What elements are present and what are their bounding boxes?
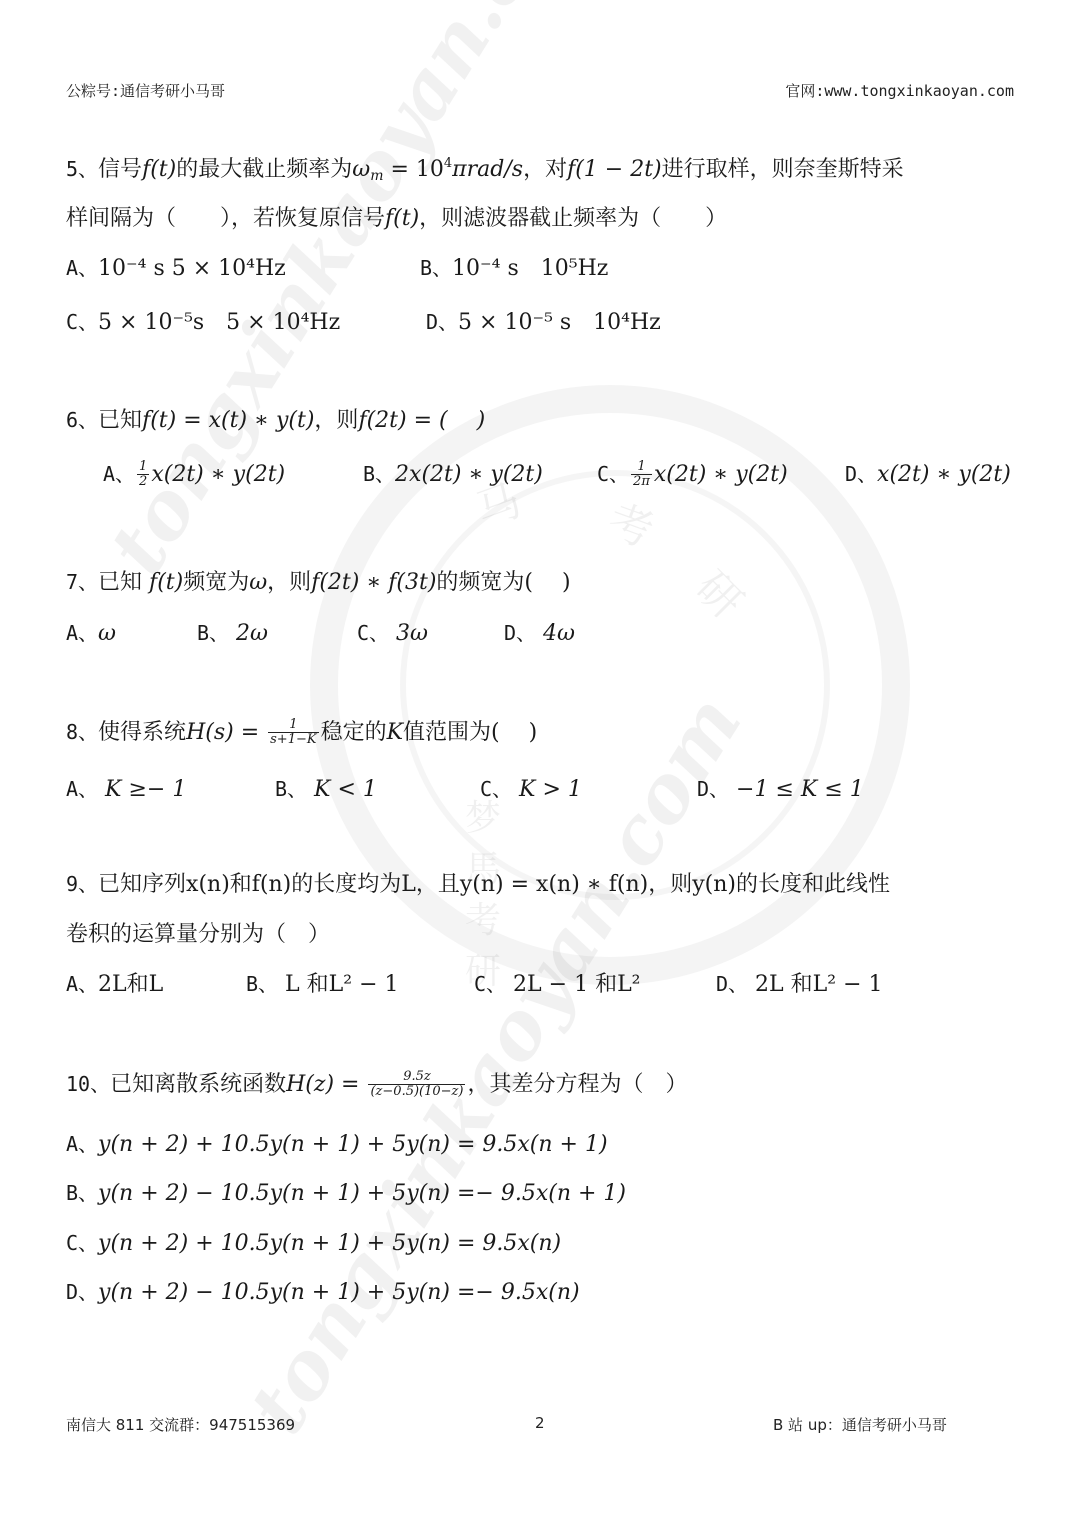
question-8-stem: 8、使得系统H(s) = 1s+1−K稳定的K值范围为( ) bbox=[66, 718, 537, 748]
fraction: 1s+1−K bbox=[268, 718, 318, 748]
fraction: 9.5z(z−0.5)(10−z) bbox=[368, 1070, 465, 1100]
fraction: 12π bbox=[631, 460, 652, 490]
footer-group-number: 南信大 811 交流群：947515369 bbox=[66, 1414, 295, 1435]
question-6-option-b: B、2x(2t) ∗ y(2t) bbox=[363, 462, 543, 488]
question-6-option-d: D、x(2t) ∗ y(2t) bbox=[845, 462, 1011, 488]
question-10-stem: 10、已知离散系统函数H(z) = 9.5z(z−0.5)(10−z)，其差分方… bbox=[66, 1070, 688, 1100]
question-8-option-d: D、 −1 ≤ K ≤ 1 bbox=[697, 777, 864, 803]
header-wechat-account: 公粽号:通信考研小马哥 bbox=[66, 80, 225, 101]
question-10-option-c: C、y(n + 2) + 10.5y(n + 1) + 5y(n) = 9.5x… bbox=[66, 1231, 561, 1257]
watermark-seal-inner-ring bbox=[400, 470, 830, 900]
question-5-stem-line1: 5、信号f(t)的最大截止频率为ωm = 104πrad/s，对f(1 − 2t… bbox=[66, 156, 904, 185]
question-5-option-a: A、10⁻⁴ s 5 × 10⁴Hz bbox=[66, 256, 286, 282]
question-8-option-a: A、 K ≥− 1 bbox=[66, 777, 186, 803]
question-5-option-b: B、10⁻⁴ s 10⁵Hz bbox=[420, 256, 608, 282]
question-5-option-c: C、5 × 10⁻⁵s 5 × 10⁴Hz bbox=[66, 310, 340, 336]
question-9-option-d: D、 2L 和L² − 1 bbox=[716, 972, 883, 998]
question-8-option-c: C、 K > 1 bbox=[480, 777, 582, 803]
question-10-option-d: D、y(n + 2) − 10.5y(n + 1) + 5y(n) =− 9.5… bbox=[66, 1280, 580, 1306]
question-5-stem-line2: 样间隔为（ ），若恢复原信号f(t)，则滤波器截止频率为（ ） bbox=[66, 206, 727, 232]
question-10-option-a: A、y(n + 2) + 10.5y(n + 1) + 5y(n) = 9.5x… bbox=[66, 1132, 608, 1158]
question-7-option-a: A、ω bbox=[66, 621, 116, 647]
question-6-option-c: C、12πx(2t) ∗ y(2t) bbox=[597, 460, 788, 490]
question-9-option-c: C、 2L − 1 和L² bbox=[474, 972, 641, 998]
page-number: 2 bbox=[535, 1414, 545, 1432]
header-website: 官网:www.tongxinkaoyan.com bbox=[785, 80, 1014, 101]
question-7-option-b: B、 2ω bbox=[197, 621, 268, 647]
question-6-stem: 6、已知f(t) = x(t) ∗ y(t)，则f(2t) = ( ) bbox=[66, 408, 485, 434]
question-7-option-c: C、 3ω bbox=[357, 621, 428, 647]
question-7-option-d: D、 4ω bbox=[504, 621, 575, 647]
question-5-option-d: D、5 × 10⁻⁵ s 10⁴Hz bbox=[426, 310, 661, 336]
question-6-option-a: A、12x(2t) ∗ y(2t) bbox=[103, 460, 285, 490]
watermark-seal-char: 研 bbox=[684, 554, 760, 630]
question-9-stem-line1: 9、已知序列x(n)和f(n)的长度均为L，且y(n) = x(n) ∗ f(n… bbox=[66, 872, 890, 898]
question-9-stem-line2: 卷积的运算量分别为（ ） bbox=[66, 922, 330, 948]
fraction: 12 bbox=[137, 460, 149, 490]
watermark-seal-char: 考 bbox=[600, 484, 663, 559]
footer-bilibili: B 站 up：通信考研小马哥 bbox=[773, 1414, 947, 1435]
question-8-option-b: B、 K < 1 bbox=[275, 777, 377, 803]
question-9-option-b: B、 L 和L² − 1 bbox=[246, 972, 399, 998]
question-7-stem: 7、已知 f(t)频宽为ω，则f(2t) ∗ f(3t)的频宽为( ) bbox=[66, 570, 571, 596]
question-10-option-b: B、y(n + 2) − 10.5y(n + 1) + 5y(n) =− 9.5… bbox=[66, 1181, 626, 1207]
question-9-option-a: A、2L和L bbox=[66, 972, 163, 998]
